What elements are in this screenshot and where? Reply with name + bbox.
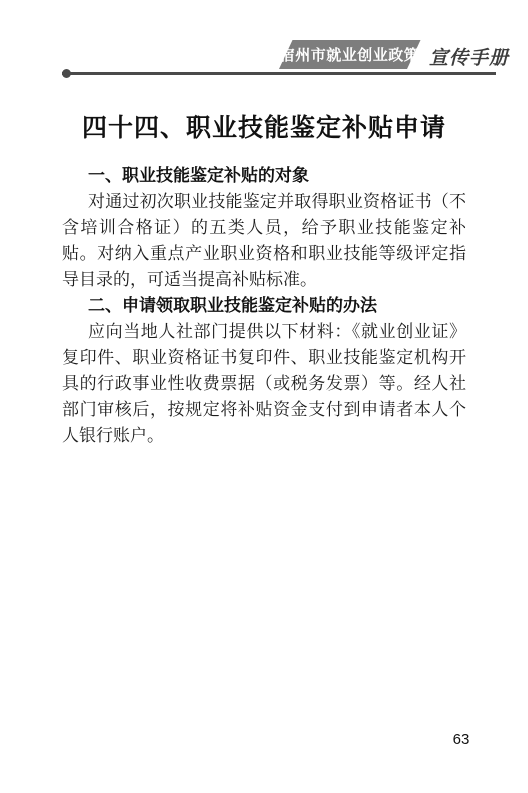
header-rule-dot bbox=[62, 69, 71, 78]
section-2-body: 应向当地人社部门提供以下材料：《就业创业证》复印件、职业资格证书复印件、职业技能… bbox=[62, 319, 466, 449]
section-1-body: 对通过初次职业技能鉴定并取得职业资格证书（不含培训合格证）的五类人员，给予职业技… bbox=[62, 189, 466, 293]
page-number: 63 bbox=[449, 731, 473, 748]
document-page: 宿州市就业创业政策 宣传手册 四十四、职业技能鉴定补贴申请 一、职业技能鉴定补贴… bbox=[0, 0, 528, 793]
section-2-heading: 二、申请领取职业技能鉴定补贴的办法 bbox=[62, 293, 466, 319]
page-title: 四十四、职业技能鉴定补贴申请 bbox=[0, 108, 528, 144]
header-banner: 宿州市就业创业政策 bbox=[279, 40, 421, 69]
document-content: 一、职业技能鉴定补贴的对象 对通过初次职业技能鉴定并取得职业资格证书（不含培训合… bbox=[62, 163, 466, 449]
banner-label: 宿州市就业创业政策 bbox=[280, 44, 420, 65]
page-header: 宿州市就业创业政策 宣传手册 bbox=[0, 0, 528, 90]
section-1-heading: 一、职业技能鉴定补贴的对象 bbox=[62, 163, 466, 189]
handbook-label: 宣传手册 bbox=[429, 43, 495, 70]
header-rule bbox=[62, 72, 496, 75]
